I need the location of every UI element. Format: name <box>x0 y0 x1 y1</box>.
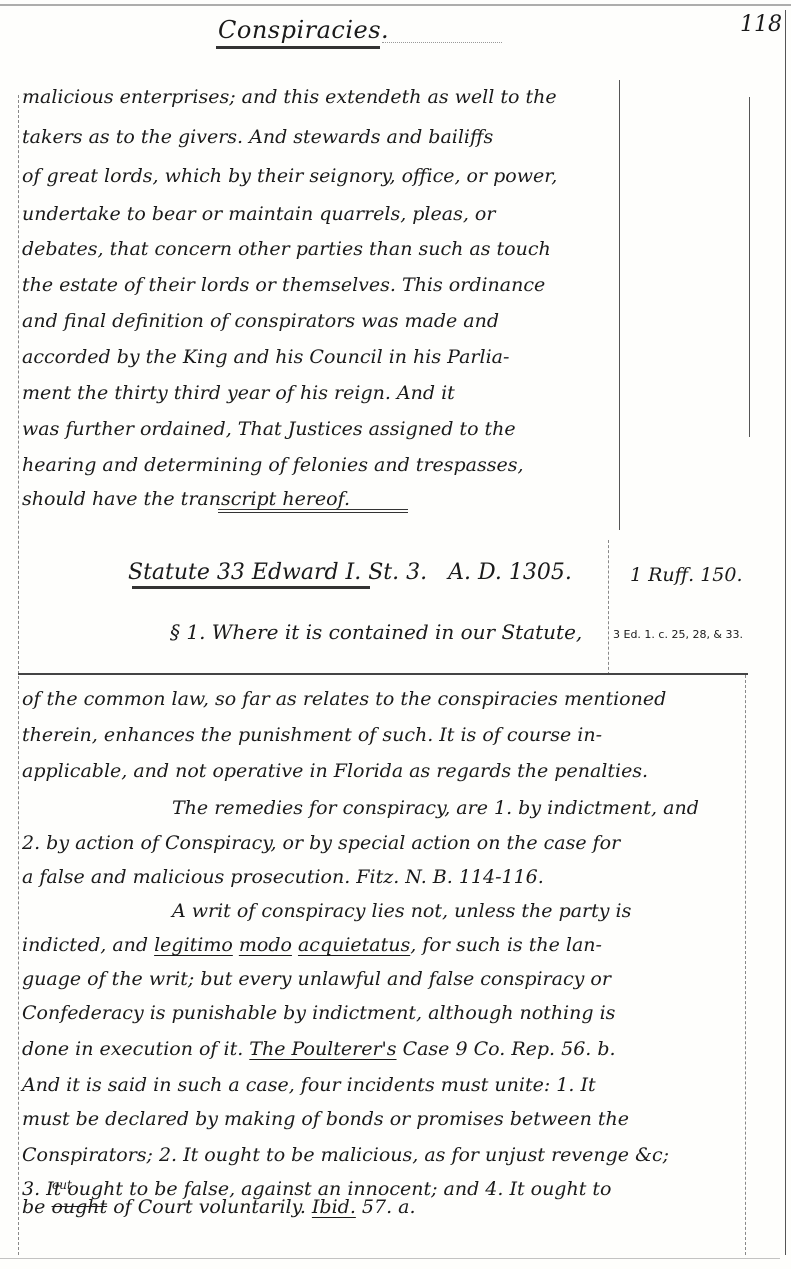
text-line: a false and malicious prosecution. Fitz.… <box>22 868 544 887</box>
text-line-final: be ought of Court voluntarily. Ibid. 57.… <box>22 1198 416 1217</box>
top-border-rule <box>0 4 791 6</box>
title-dotted-rule <box>382 42 502 43</box>
text-line: must be declared by making of bonds or p… <box>22 1110 629 1129</box>
margin-citation-ruff: 1 Ruff. 150. <box>630 564 743 586</box>
outer-margin-line <box>749 97 750 437</box>
statute-section-1: § 1. Where it is contained in our Statut… <box>170 622 582 642</box>
text-line: Confederacy is punishable by indictment,… <box>22 1004 615 1023</box>
text-line: malicious enterprises; and this extendet… <box>22 88 557 107</box>
text-line: ment the thirty third year of his reign.… <box>22 384 455 403</box>
text-line: accorded by the King and his Council in … <box>22 348 509 367</box>
text-line-indented: A writ of conspiracy lies not, unless th… <box>172 902 631 921</box>
manuscript-page: Conspiracies. 118 malicious enterprises;… <box>0 0 791 1269</box>
text-line-case: done in execution of it. The Poulterer's… <box>22 1040 616 1059</box>
title-underline <box>216 46 380 49</box>
inserted-word: out <box>52 1178 72 1192</box>
right-border-line <box>785 10 786 1255</box>
page-number: 118 <box>740 12 782 37</box>
text-line: was further ordained, That Justices assi… <box>22 420 516 439</box>
inner-margin-line-upper <box>619 80 620 530</box>
statute-date: A. D. 1305. <box>448 560 572 585</box>
text-line: undertake to bear or maintain quarrels, … <box>22 205 495 224</box>
text-line: therein, enhances the punishment of such… <box>22 726 602 745</box>
text-line: Conspirators; 2. It ought to be maliciou… <box>22 1146 669 1165</box>
latin-word: acquietatus <box>298 934 410 956</box>
text-line: 2. by action of Conspiracy, or by specia… <box>22 834 620 853</box>
page-title: Conspiracies. <box>218 16 389 44</box>
statute-heading: Statute 33 Edward I. St. 3. A. D. 1305. <box>128 560 572 585</box>
text-line: of great lords, which by their seignory,… <box>22 167 557 186</box>
text-line: the estate of their lords or themselves.… <box>22 276 545 295</box>
text-line-latin: indicted, and legitimo modo acquietatus,… <box>22 936 602 955</box>
statute-title: Statute 33 Edward I. St. 3. <box>128 560 427 585</box>
latin-word: modo <box>239 934 292 956</box>
right-margin-line-lower <box>745 675 747 1255</box>
margin-citation-edward: 3 Ed. 1. c. 25, 28, & 33. <box>613 628 743 641</box>
section-divider-line <box>18 673 748 675</box>
text-line: guage of the writ; but every unlawful an… <box>22 970 611 989</box>
ibid-reference: Ibid. <box>312 1196 356 1218</box>
text-line: of the common law, so far as relates to … <box>22 690 666 709</box>
bottom-border-rule <box>0 1258 780 1259</box>
case-name: The Poulterer's <box>249 1038 396 1060</box>
section-divider-rule <box>218 509 408 513</box>
text-line: and final definition of conspirators was… <box>22 312 499 331</box>
struck-word: ought <box>51 1196 107 1218</box>
statute-underline <box>132 586 370 589</box>
text-line: And it is said in such a case, four inci… <box>22 1076 596 1095</box>
text-line: should have the transcript hereof. <box>22 490 350 509</box>
inner-margin-line-statute <box>608 540 610 675</box>
text-line: hearing and determining of felonies and … <box>22 456 524 475</box>
text-line: debates, that concern other parties than… <box>22 240 551 259</box>
left-margin-line <box>18 95 20 1255</box>
text-line: takers as to the givers. And stewards an… <box>22 128 493 147</box>
latin-word: legitimo <box>154 934 233 956</box>
text-line: applicable, and not operative in Florida… <box>22 762 648 781</box>
text-line-indented: The remedies for conspiracy, are 1. by i… <box>172 799 699 818</box>
